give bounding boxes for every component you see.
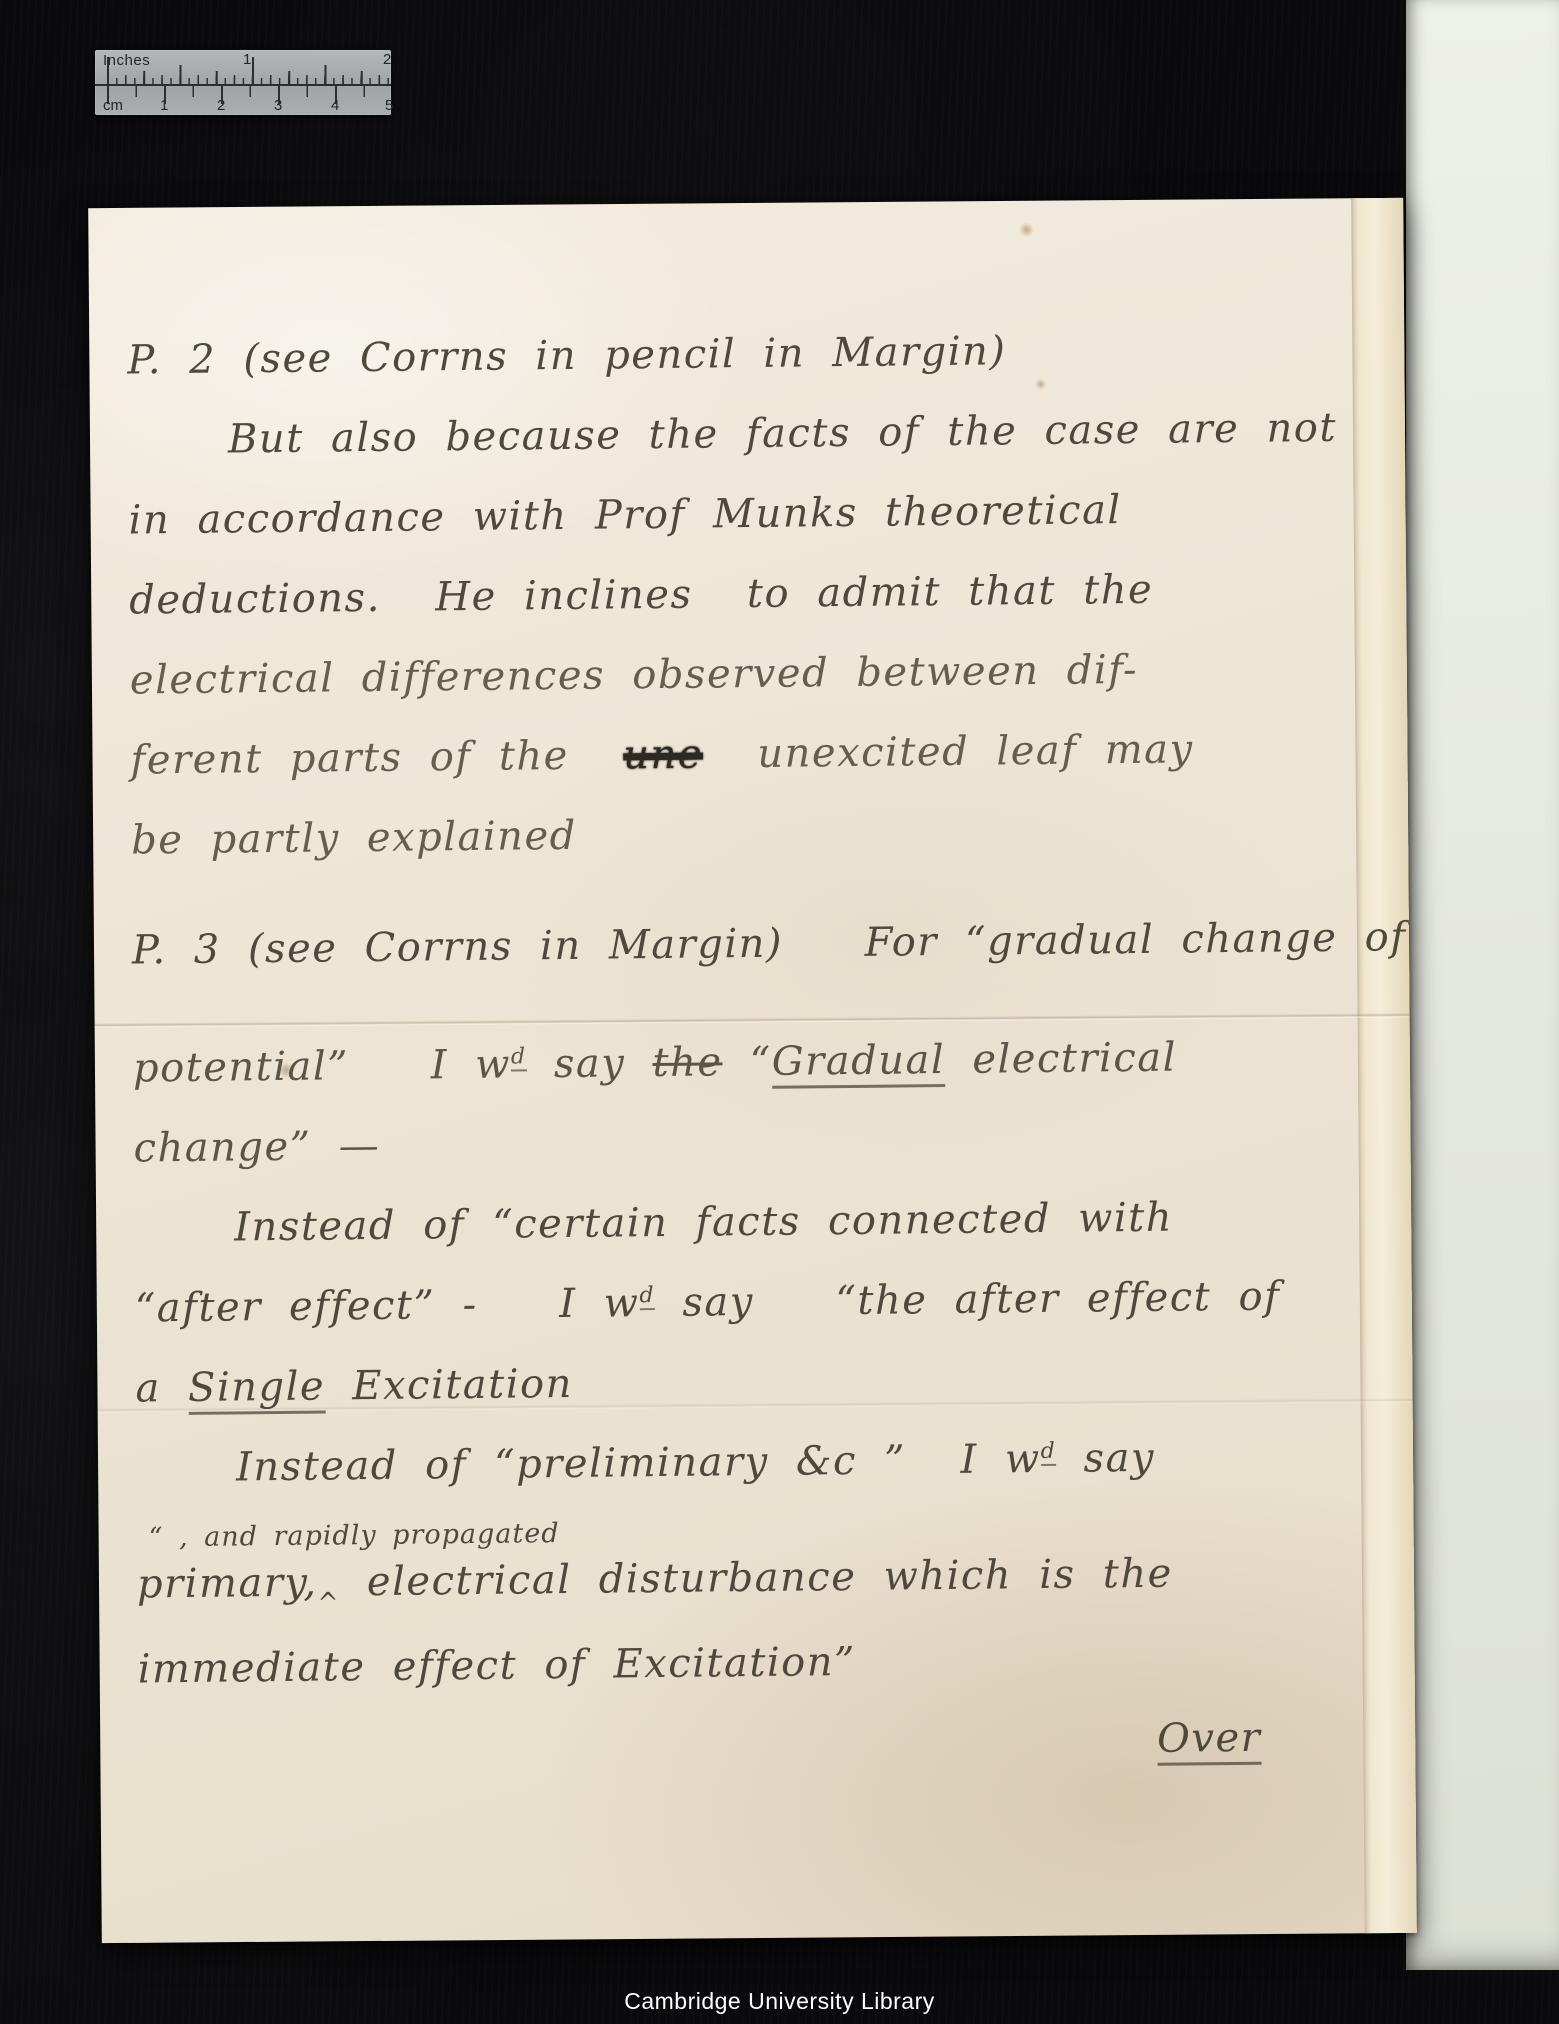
measurement-ruler: Inches 1 2 cm 1 2 3 4 5 bbox=[95, 50, 391, 115]
manuscript-line: deductions. He inclines to admit that th… bbox=[129, 560, 1380, 627]
handwritten-text: a bbox=[135, 1365, 188, 1412]
caption-text: Cambridge University Library bbox=[624, 1988, 935, 2014]
manuscript-line: in accordance with Prof Munks theoretica… bbox=[128, 480, 1379, 547]
manuscript-line: Instead of “preliminary &c ” I wd say bbox=[136, 1428, 1387, 1495]
struck-word: the bbox=[652, 1039, 722, 1086]
handwritten-text: deductions. He inclines to admit that th… bbox=[129, 567, 1153, 624]
ruler-cm-number: 4 bbox=[331, 97, 339, 114]
ruler-cm-ticks bbox=[107, 86, 389, 106]
ruler-cm-number: 1 bbox=[160, 97, 168, 114]
manuscript-line: P. 2 (see Corrns in pencil in Margin) bbox=[127, 320, 1378, 387]
handwritten-text: d bbox=[511, 1044, 527, 1071]
manuscript-line: ferent parts of the une unexcited leaf m… bbox=[130, 720, 1381, 787]
manuscript-line: But also because the facts of the case a… bbox=[128, 400, 1379, 467]
handwritten-text: unexcited leaf may bbox=[703, 726, 1194, 777]
handwritten-text: in accordance with Prof Munks theoretica… bbox=[128, 487, 1122, 543]
handwritten-text: say bbox=[526, 1040, 652, 1087]
handwritten-text: ferent parts of the bbox=[130, 732, 623, 783]
ruler-inch-ticks bbox=[107, 54, 389, 84]
handwritten-text: potential” I w bbox=[133, 1042, 512, 1092]
handwritten-text: electrical disturbance which is the bbox=[339, 1551, 1173, 1606]
handwritten-text: “ bbox=[722, 1039, 772, 1086]
handwritten-text: electrical bbox=[945, 1035, 1177, 1083]
manuscript-line: Instead of “certain facts connected with bbox=[134, 1188, 1385, 1255]
underlined-word: Over bbox=[1157, 1715, 1262, 1766]
ruler-cm-number: 5 bbox=[385, 97, 393, 114]
ruler-cm-number: 3 bbox=[274, 97, 282, 114]
handwritten-text: be partly explained bbox=[131, 813, 577, 864]
manuscript-line: “after effect” - I wd say “the after eff… bbox=[135, 1268, 1386, 1335]
manuscript-line: immediate effect of Excitation” bbox=[137, 1629, 1388, 1696]
handwritten-text: ^ bbox=[317, 1572, 340, 1634]
handwritten-text: d bbox=[1041, 1439, 1057, 1466]
manuscript-page: P. 2 (see Corrns in pencil in Margin)But… bbox=[88, 198, 1417, 1943]
struck-word: une bbox=[623, 732, 703, 779]
manuscript-line: change” — bbox=[133, 1108, 1384, 1175]
handwritten-text: say “the after effect of bbox=[655, 1274, 1281, 1327]
underlined-word: Single bbox=[188, 1364, 326, 1415]
handwritten-text: electrical differences observed between … bbox=[130, 647, 1139, 704]
ruler-inches-scale: Inches 1 2 bbox=[95, 50, 391, 86]
manuscript-line: P. 3 (see Corrns in Margin) For “gradual… bbox=[132, 910, 1383, 977]
handwritten-text: d bbox=[639, 1283, 655, 1310]
album-backing-page bbox=[1406, 0, 1559, 1970]
handwritten-text: change” — bbox=[133, 1123, 380, 1172]
ruler-cm-number: 2 bbox=[217, 97, 225, 114]
manuscript-line: a Single Excitation bbox=[135, 1348, 1386, 1415]
handwritten-text: primary, bbox=[137, 1560, 318, 1608]
ruler-cm-label: cm bbox=[103, 97, 123, 114]
handwritten-text: P. 3 (see Corrns in Margin) For “gradual… bbox=[132, 914, 1407, 973]
handwritten-text: Instead of “preliminary &c ” I w bbox=[236, 1436, 1041, 1490]
manuscript-line: be partly explained bbox=[131, 800, 1382, 867]
foxing-spot bbox=[1018, 223, 1034, 237]
caption-bar: Cambridge University Library bbox=[0, 1988, 1559, 2015]
handwritten-text: say bbox=[1056, 1435, 1155, 1482]
handwritten-text: P. 2 (see Corrns in pencil in Margin) bbox=[127, 328, 1006, 383]
manuscript-line: primary,^ electrical disturbance which i… bbox=[137, 1544, 1389, 1616]
underlined-word: Gradual bbox=[771, 1037, 945, 1089]
handwritten-text: Excitation bbox=[325, 1361, 573, 1410]
photograph: Inches 1 2 cm 1 2 3 4 5 P. 2 (see Corrns… bbox=[0, 0, 1559, 2024]
handwritten-text: “after effect” - I w bbox=[135, 1280, 640, 1331]
handwritten-text: But also because the facts of the case a… bbox=[228, 405, 1337, 463]
handwritten-text: immediate effect of Excitation” bbox=[137, 1639, 856, 1693]
manuscript-text: P. 2 (see Corrns in pencil in Margin)But… bbox=[127, 322, 1389, 1801]
handwritten-text: Instead of “certain facts connected with bbox=[234, 1195, 1173, 1251]
manuscript-line: Over bbox=[138, 1709, 1389, 1776]
ruler-cm-scale: cm 1 2 3 4 5 bbox=[95, 86, 391, 115]
manuscript-line: electrical differences observed between … bbox=[130, 640, 1381, 707]
manuscript-line: potential” I wd say the “Gradual electri… bbox=[133, 1028, 1384, 1095]
handwritten-text: “ , and rapidly propagated bbox=[148, 1518, 559, 1553]
